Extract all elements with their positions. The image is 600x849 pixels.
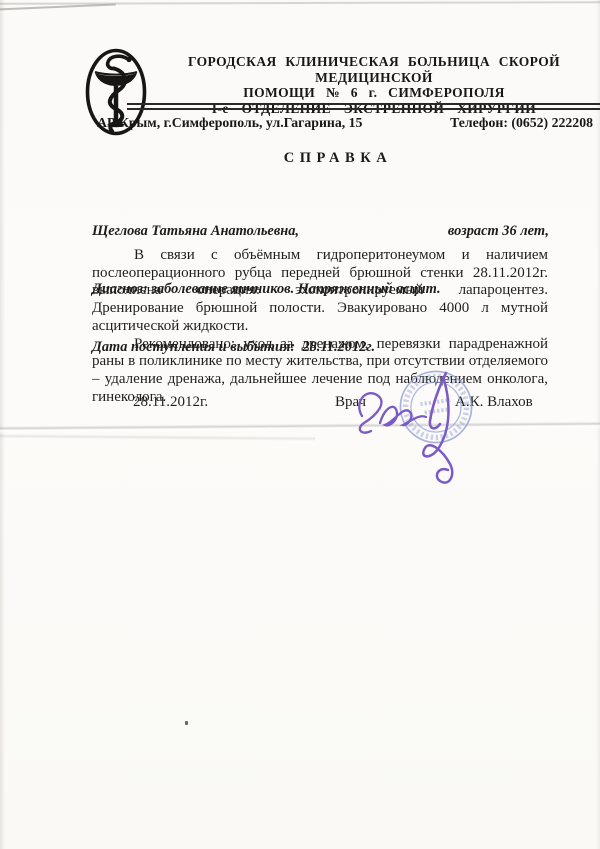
- scan-top-edge-shadow: [0, 3, 116, 10]
- org-name-line-2: ПОМОЩИ № 6 г. СИМФЕРОПОЛЯ: [148, 85, 600, 101]
- operation-paragraph: В связи с объёмным гидроперитонеумом и н…: [92, 247, 548, 336]
- letterhead-double-rule: [127, 103, 600, 110]
- letterhead-contact-row: АР Крым, г.Симферополь, ул.Гагарина, 15 …: [97, 115, 593, 131]
- signature-row: 28.11.2012г. Врач А.К. Влахов: [0, 394, 600, 416]
- org-name-line-1: ГОРОДСКАЯ КЛИНИЧЕСКАЯ БОЛЬНИЦА СКОРОЙ МЕ…: [148, 54, 600, 85]
- hospital-phone: Телефон: (0652) 222208: [450, 115, 593, 131]
- certificate-title: СПРАВКА: [76, 150, 600, 167]
- hospital-address: АР Крым, г.Симферополь, ул.Гагарина, 15: [97, 115, 362, 131]
- scanned-certificate-page: ГОРОДСКАЯ КЛИНИЧЕСКАЯ БОЛЬНИЦА СКОРОЙ МЕ…: [0, 0, 600, 849]
- issue-date: 28.11.2012г.: [133, 394, 208, 411]
- scan-fold-crease-secondary: [0, 427, 315, 448]
- patient-age: возраст 36 лет,: [448, 222, 549, 241]
- patient-name: Щеглова Татьяна Анатольевна,: [92, 222, 299, 241]
- ink-speck: [185, 721, 188, 725]
- doctor-signature: [350, 370, 482, 498]
